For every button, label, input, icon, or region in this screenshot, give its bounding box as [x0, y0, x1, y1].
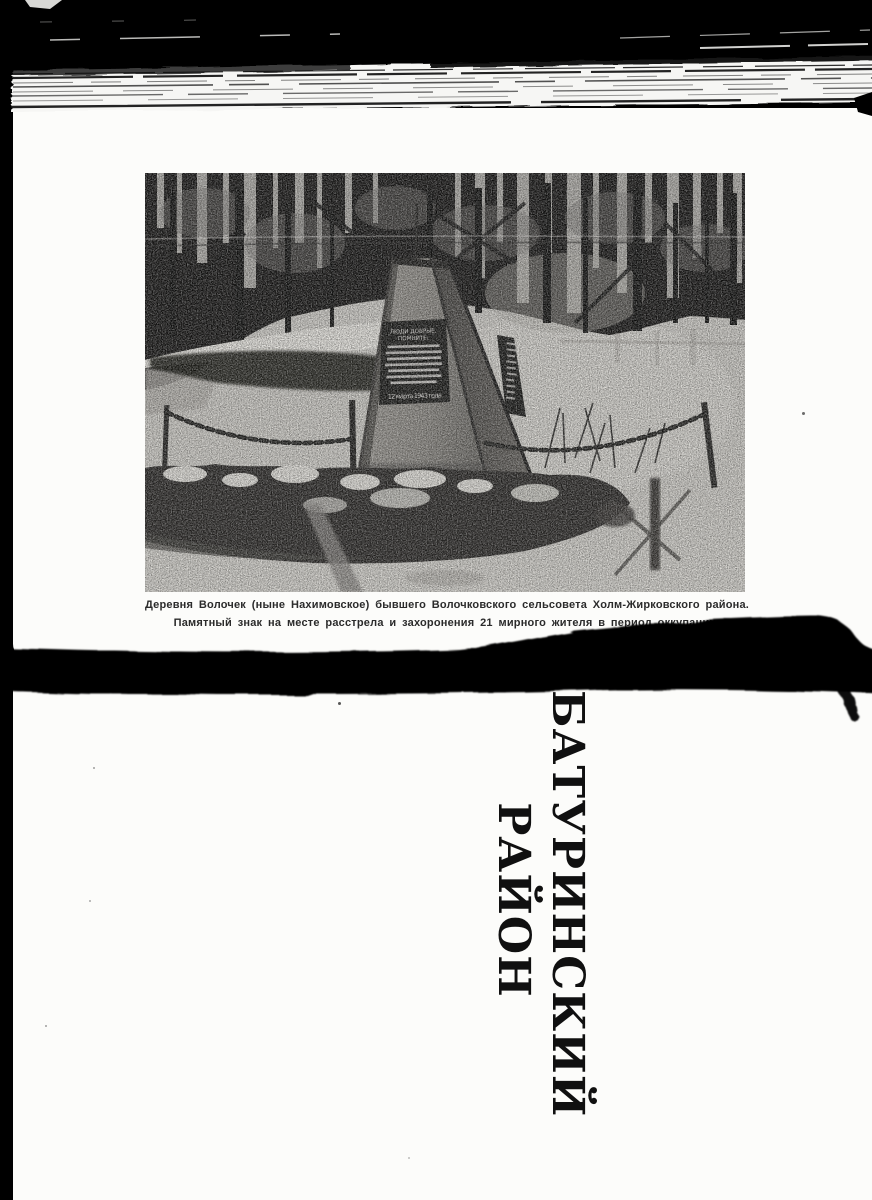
- district-title-line-2: РАЙОН: [486, 690, 540, 1110]
- district-title-line-1: БАТУРИНСКИЙ: [540, 690, 594, 1110]
- bottom-page: БАТУРИНСКИЙ РАЙОН: [13, 688, 872, 1200]
- dust-speck: [408, 1157, 410, 1159]
- dust-speck: [45, 1025, 47, 1027]
- district-title: БАТУРИНСКИЙ РАЙОН: [485, 690, 595, 1110]
- page-stack-edges: [0, 0, 872, 132]
- dust-speck: [338, 702, 341, 705]
- top-page: ЛЮДИ ДОБРЫЕ, ПОМНИТЕ: 12 марта 1943 года: [13, 108, 872, 660]
- film-grain: [145, 173, 745, 592]
- dust-speck: [93, 767, 95, 769]
- dust-speck: [89, 900, 91, 902]
- scanned-book-spread: ЛЮДИ ДОБРЫЕ, ПОМНИТЕ: 12 марта 1943 года: [0, 0, 872, 1200]
- page-separator-band: [0, 598, 872, 728]
- monument-photo: ЛЮДИ ДОБРЫЕ, ПОМНИТЕ: 12 марта 1943 года: [145, 173, 745, 592]
- dust-speck: [802, 412, 805, 415]
